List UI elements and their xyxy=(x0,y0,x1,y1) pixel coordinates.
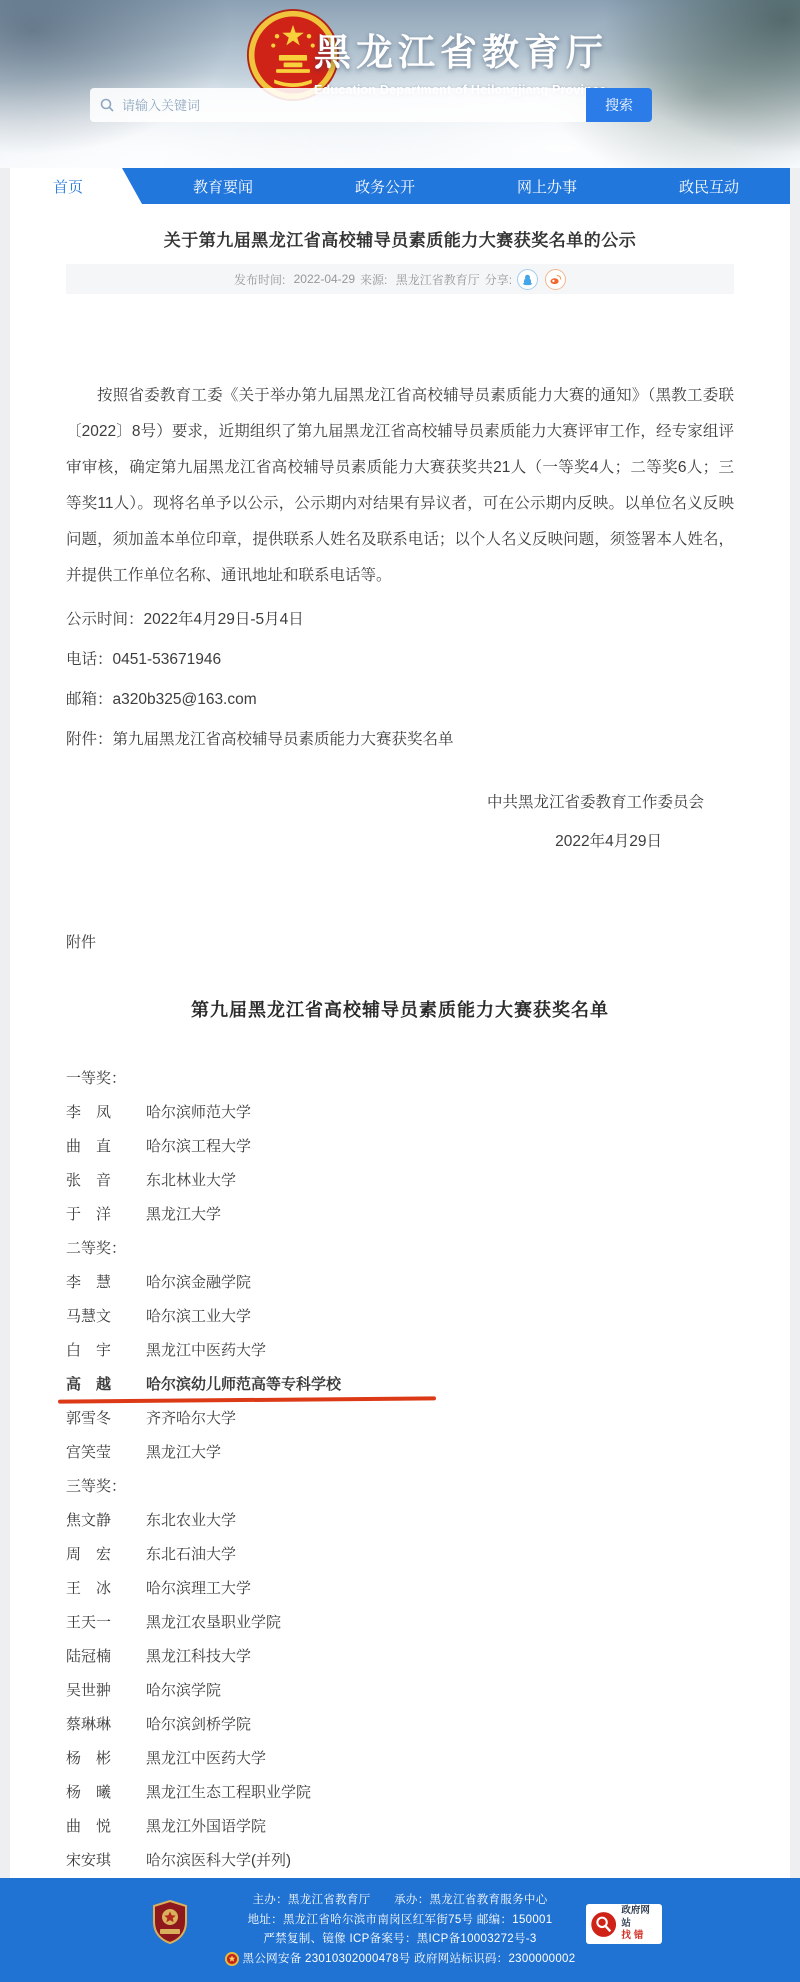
search-button[interactable]: 搜索 xyxy=(586,88,652,122)
award-list: 一等奖： 李 凤哈尔滨师范大学 曲 直哈尔滨工程大学 张 音东北林业大学 于 洋… xyxy=(66,1062,734,1878)
award-heading-first: 一等奖： xyxy=(66,1062,734,1096)
main-nav: 首页 教育要闻 政务公开 网上办事 政民互动 xyxy=(10,168,790,204)
signature-date: 2022年4月29日 xyxy=(66,829,734,851)
winner-row: 王天一黑龙江农垦职业学院 xyxy=(66,1606,734,1640)
share-label: 分享: xyxy=(485,271,512,288)
footer-address-line: 地址：黑龙江省哈尔滨市南岗区红军街75号 邮编：150001 xyxy=(0,1911,800,1931)
footer-organizer-line: 主办：黑龙江省教育厅 承办：黑龙江省教育服务中心 xyxy=(0,1891,800,1911)
nav-tab-home-label: 首页 xyxy=(53,176,83,197)
publicity-period-line: 公示时间：2022年4月29日-5月4日 xyxy=(66,600,734,640)
winner-row: 李 慧哈尔滨金融学院 xyxy=(66,1266,734,1300)
source-label: 来源: xyxy=(360,271,391,288)
search-input[interactable] xyxy=(120,97,576,114)
footer-info: 主办：黑龙江省教育厅 承办：黑龙江省教育服务中心 地址：黑龙江省哈尔滨市南岗区红… xyxy=(0,1891,800,1969)
nav-tab-education-news[interactable]: 教育要闻 xyxy=(142,168,304,204)
publish-time-label: 发布时间: xyxy=(234,271,289,288)
winner-row: 曲 直哈尔滨工程大学 xyxy=(66,1130,734,1164)
article-meta-bar: 发布时间: 2022-04-29 来源: 黑龙江省教育厅 分享: xyxy=(66,264,734,294)
footer-icp-line: 严禁复制、镜像 ICP备案号：黑ICP备10003272号-3 xyxy=(0,1930,800,1950)
content-card: 首页 教育要闻 政务公开 网上办事 政民互动 关于第九届黑龙江省高校辅导员素质能… xyxy=(10,168,790,1878)
search-bar: 搜索 xyxy=(90,88,652,122)
winner-row: 李 凤哈尔滨师范大学 xyxy=(66,1096,734,1130)
signature-org: 中共黑龙江省委教育工作委员会 xyxy=(66,790,734,812)
winner-row: 郭雪冬齐齐哈尔大学 xyxy=(66,1402,734,1436)
error-badge-text: 政府网站 找错 xyxy=(621,1905,657,1943)
error-badge-line1: 政府网站 xyxy=(621,1905,657,1930)
winner-row: 陆冠楠黑龙江科技大学 xyxy=(66,1640,734,1674)
search-input-box xyxy=(90,88,586,122)
award-list-title: 第九届黑龙江省高校辅导员素质能力大赛获奖名单 xyxy=(66,996,734,1022)
article-paragraph: 按照省委教育工委《关于举办第九届黑龙江省高校辅导员素质能力大赛的通知》（黑教工委… xyxy=(66,378,734,594)
error-badge-line2: 找错 xyxy=(621,1930,657,1943)
source-value: 黑龙江省教育厅 xyxy=(396,271,480,288)
phone-line: 电话：0451-53671946 xyxy=(66,640,734,680)
attachment-label: 附件 xyxy=(66,931,734,952)
winner-row: 张 音东北林业大学 xyxy=(66,1164,734,1198)
winner-row: 杨 曦黑龙江生态工程职业学院 xyxy=(66,1776,734,1810)
nav-tab-online-services[interactable]: 网上办事 xyxy=(466,168,628,204)
winner-row: 王 冰哈尔滨理工大学 xyxy=(66,1572,734,1606)
footer-police-text: 黑公网安备 23010302000478号 政府网站标识码：2300000002 xyxy=(243,1950,576,1970)
nav-tab-public-interaction[interactable]: 政民互动 xyxy=(628,168,790,204)
attachment-line: 附件：第九届黑龙江省高校辅导员素质能力大赛获奖名单 xyxy=(66,720,734,760)
page: 黑龙江省教育厅 Education Department of Heilongj… xyxy=(0,0,800,1982)
footer-police-line: 黑公网安备 23010302000478号 政府网站标识码：2300000002 xyxy=(0,1950,800,1970)
publish-date: 2022-04-29 xyxy=(294,272,355,286)
award-heading-second: 二等奖： xyxy=(66,1232,734,1266)
magnifier-icon xyxy=(591,1911,616,1938)
search-icon xyxy=(100,98,114,112)
site-error-report-badge[interactable]: 政府网站 找错 xyxy=(586,1904,662,1944)
site-header: 黑龙江省教育厅 Education Department of Heilongj… xyxy=(0,0,800,168)
nav-tab-home[interactable]: 首页 xyxy=(10,168,142,204)
winner-row: 焦文静东北农业大学 xyxy=(66,1504,734,1538)
winner-row: 宫笑莹黑龙江大学 xyxy=(66,1436,734,1470)
winner-row: 杨 彬黑龙江中医药大学 xyxy=(66,1742,734,1776)
winner-row: 蔡琳琳哈尔滨剑桥学院 xyxy=(66,1708,734,1742)
nav-tab-gov-disclosure[interactable]: 政务公开 xyxy=(304,168,466,204)
winner-row: 宋安琪哈尔滨医科大学(并列) xyxy=(66,1844,734,1878)
police-badge-icon xyxy=(225,1952,239,1966)
site-title: 黑龙江省教育厅 xyxy=(314,22,608,76)
article-title: 关于第九届黑龙江省高校辅导员素质能力大赛获奖名单的公示 xyxy=(66,226,734,251)
site-footer: 主办：黑龙江省教育厅 承办：黑龙江省教育服务中心 地址：黑龙江省哈尔滨市南岗区红… xyxy=(0,1878,800,1982)
winner-row: 马慧文哈尔滨工业大学 xyxy=(66,1300,734,1334)
winner-row: 白 宇黑龙江中医药大学 xyxy=(66,1334,734,1368)
winner-row: 曲 悦黑龙江外国语学院 xyxy=(66,1810,734,1844)
qq-share-icon[interactable] xyxy=(517,269,538,290)
award-heading-third: 三等奖： xyxy=(66,1470,734,1504)
winner-row: 吴世翀哈尔滨学院 xyxy=(66,1674,734,1708)
brand-text: 黑龙江省教育厅 Education Department of Heilongj… xyxy=(314,22,608,97)
article: 关于第九届黑龙江省高校辅导员素质能力大赛获奖名单的公示 发布时间: 2022-0… xyxy=(10,204,790,1878)
email-line: 邮箱：a320b325@163.com xyxy=(66,680,734,720)
winner-row: 周 宏东北石油大学 xyxy=(66,1538,734,1572)
weibo-share-icon[interactable] xyxy=(545,269,566,290)
winner-row: 于 洋黑龙江大学 xyxy=(66,1198,734,1232)
